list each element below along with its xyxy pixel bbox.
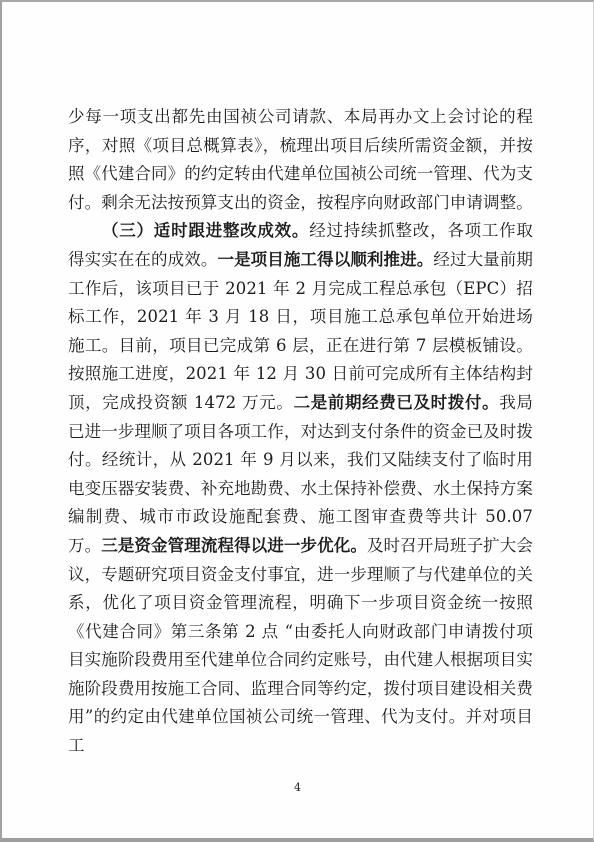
emphasis-segment: （三）适时跟进整改成效。: [102, 221, 309, 240]
emphasis-segment: 二是前期经费已及时拨付。: [294, 393, 500, 412]
text-segment: 及时召开局班子扩大会议，专题研究项目资金支付事宜，进一步理顺了与代建单位的关系，…: [68, 536, 533, 755]
document-page: 少每一项支出都先由国祯公司请款、本局再办文上会讨论的程序，对照《项目总概算表》，…: [0, 0, 594, 842]
text-segment: 我局已进一步理顺了项目各项工作，对达到支付条件的资金已及时拨付。经统计，从 20…: [68, 393, 533, 555]
text-segment: 少每一项支出都先由国祯公司请款、本局再办文上会讨论的程序，对照《项目总概算表》，…: [68, 107, 533, 212]
page-number: 4: [2, 781, 593, 794]
emphasis-segment: 一是项目施工得以顺利推进。: [217, 250, 433, 269]
text-segment: 经过大量前期工作后，该项目已于 2021 年 2 月完成工程总承包（EPC）招标…: [68, 250, 533, 412]
paragraph: 少每一项支出都先由国祯公司请款、本局再办文上会讨论的程序，对照《项目总概算表》，…: [68, 103, 533, 217]
emphasis-segment: 三是资金管理流程得以进一步优化。: [101, 536, 367, 555]
paragraph: （三）适时跟进整改成效。经过持续抓整改，各项工作取得实实在在的成效。一是项目施工…: [68, 217, 533, 760]
document-body: 少每一项支出都先由国祯公司请款、本局再办文上会讨论的程序，对照《项目总概算表》，…: [68, 103, 533, 761]
